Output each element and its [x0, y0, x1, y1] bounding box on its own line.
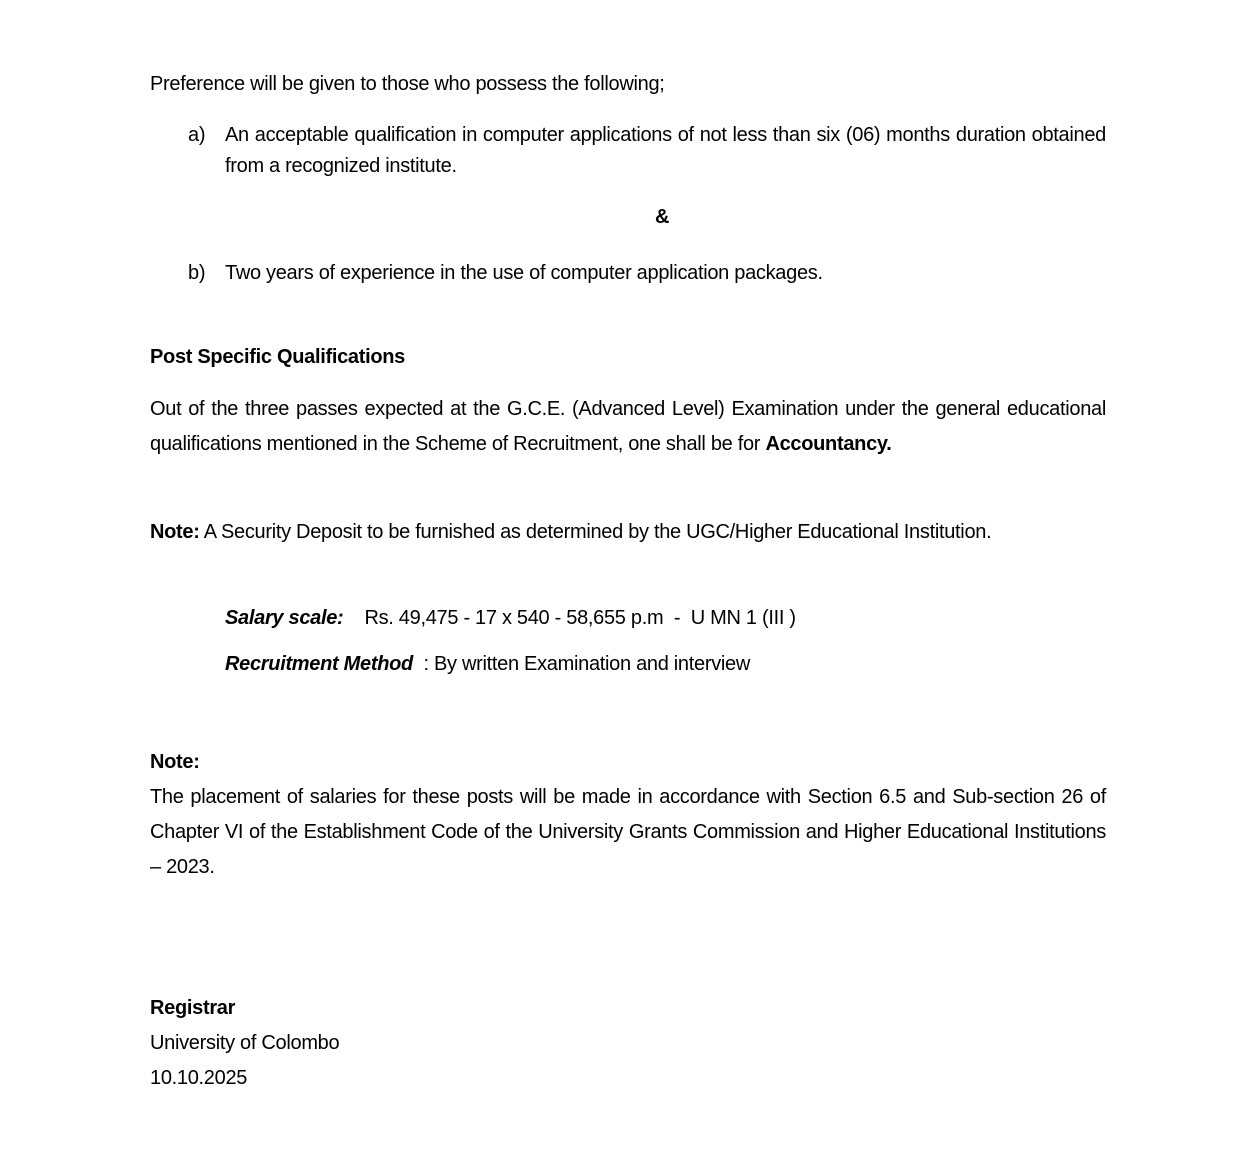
conjunction: & — [655, 202, 669, 233]
list-item: b) Two years of experience in the use of… — [188, 258, 1106, 289]
recruitment-value: : By written Examination and interview — [418, 653, 750, 675]
signatory-title: Registrar — [150, 991, 1106, 1026]
accountancy-emphasis: Accountancy. — [765, 433, 891, 455]
document-page: Preference will be given to those who po… — [0, 0, 1241, 1158]
post-specific-text: Out of the three passes expected at the … — [150, 398, 1106, 455]
list-item-text: Two years of experience in the use of co… — [225, 258, 1106, 289]
salary-note-label: Note: — [150, 745, 1106, 780]
section-heading: Post Specific Qualifications — [150, 340, 1106, 375]
post-specific-paragraph: Out of the three passes expected at the … — [150, 392, 1106, 462]
recruitment-label: Recruitment Method — [225, 653, 413, 675]
preference-intro: Preference will be given to those who po… — [150, 67, 1106, 102]
note-text: A Security Deposit to be furnished as de… — [200, 521, 992, 543]
deposit-note: Note: A Security Deposit to be furnished… — [150, 515, 1106, 550]
salary-value: Rs. 49,475 - 17 x 540 - 58,655 p.m - U M… — [364, 607, 795, 629]
note-label: Note: — [150, 521, 200, 543]
list-marker: a) — [188, 120, 225, 151]
list-item-text: An acceptable qualification in computer … — [225, 120, 1106, 182]
salary-scale-row: Salary scale: Rs. 49,475 - 17 x 540 - 58… — [225, 603, 796, 634]
salary-label: Salary scale: — [225, 607, 343, 629]
recruitment-method-row: Recruitment Method : By written Examinat… — [225, 649, 750, 680]
salary-note-text: The placement of salaries for these post… — [150, 780, 1106, 885]
signatory-organization: University of Colombo — [150, 1026, 1106, 1061]
list-marker: b) — [188, 258, 225, 289]
signature-date: 10.10.2025 — [150, 1061, 1106, 1096]
list-item: a) An acceptable qualification in comput… — [188, 120, 1106, 182]
